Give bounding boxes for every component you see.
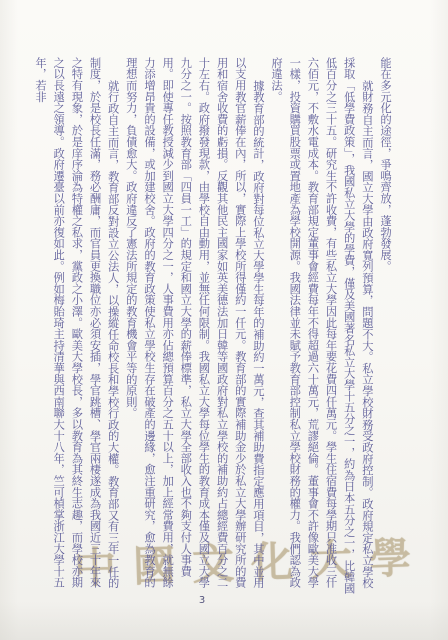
page-number: 3 xyxy=(0,595,404,606)
paragraph-financial-autonomy: 就財務自主而言，國立大學由政府寬列預算，問題不大。私立學校財務受政府控制。政府規… xyxy=(267,57,376,598)
paragraph-continuation: 能在多元化的途徑，爭鳴齊放，蓬勃發展。 xyxy=(376,57,394,598)
paragraph-subsidy-statistics: 據教育部的統計，政府對每位私立大學學生每年的補助約一萬元，查其補助費指定應用項目… xyxy=(122,57,267,598)
vertical-text-block: 能在多元化的途徑，爭鳴齊放，蓬勃發展。 就財務自主而言，國立大學由政府寬列預算，… xyxy=(31,57,394,598)
paragraph-administrative-autonomy: 就行政自主而言，教育部反對設立公法人，以操縱任命校長和學校行政的大權。教育部又有… xyxy=(31,57,122,598)
document-page: 中國文化大學 能在多元化的途徑，爭鳴齊放，蓬勃發展。 就財務自主而言，國立大學由… xyxy=(0,0,448,640)
